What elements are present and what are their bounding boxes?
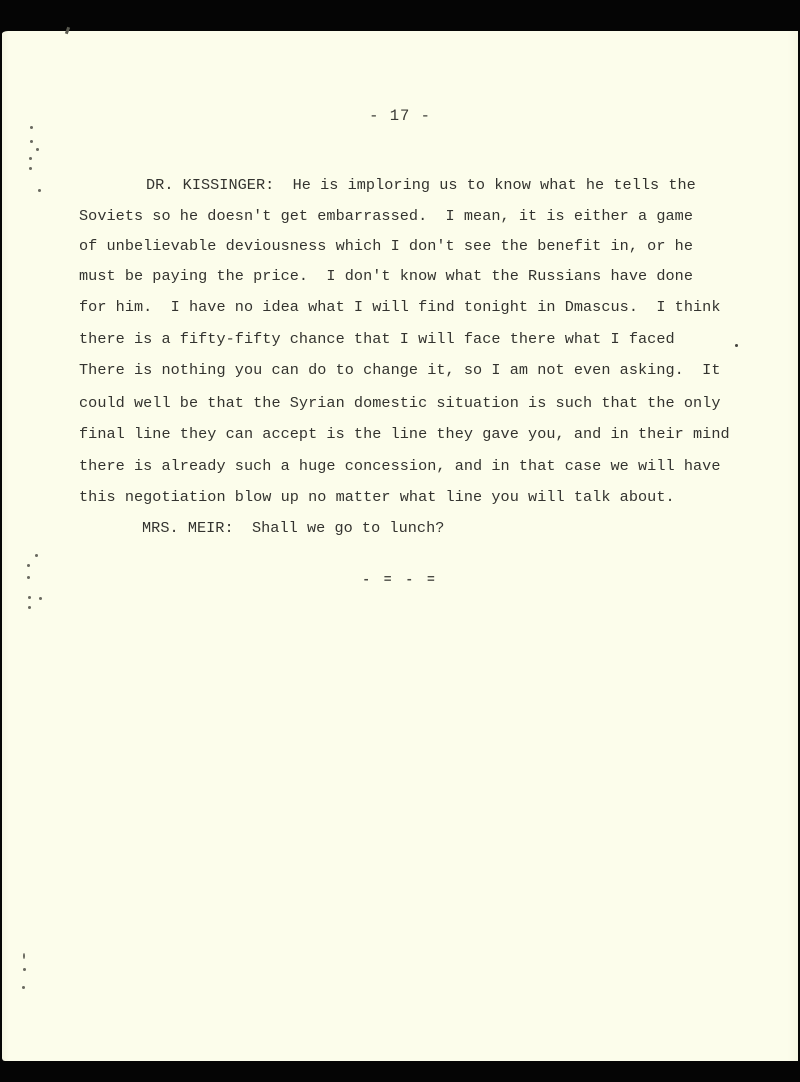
margin-speck bbox=[35, 554, 38, 557]
margin-speck bbox=[38, 189, 41, 192]
transcript-line: There is nothing you can do to change it… bbox=[79, 361, 720, 379]
transcript-line-speaker-meir: MRS. MEIR: Shall we go to lunch? bbox=[142, 519, 444, 537]
margin-speck bbox=[39, 597, 42, 600]
transcript-line: could well be that the Syrian domestic s… bbox=[79, 394, 720, 412]
margin-speck bbox=[36, 148, 39, 151]
margin-speck bbox=[27, 564, 30, 567]
end-of-section-mark: - = - = bbox=[0, 572, 800, 587]
stray-period-mark bbox=[735, 344, 738, 347]
margin-speck bbox=[29, 157, 32, 160]
margin-speck bbox=[23, 968, 26, 971]
page-number: - 17 - bbox=[0, 107, 800, 125]
transcript-line: this negotiation blow up no matter what … bbox=[79, 488, 675, 506]
transcript-line: for him. I have no idea what I will find… bbox=[79, 298, 720, 316]
margin-speck bbox=[28, 596, 31, 599]
transcript-line: there is already such a huge concession,… bbox=[79, 457, 720, 475]
transcript-line-speaker-kissinger: DR. KISSINGER: He is imploring us to kno… bbox=[146, 176, 696, 194]
transcript-line: must be paying the price. I don't know w… bbox=[79, 267, 693, 285]
margin-speck bbox=[22, 986, 25, 989]
margin-speck bbox=[30, 126, 33, 129]
scanned-document: - 17 - DR. KISSINGER: He is imploring us… bbox=[0, 0, 800, 1082]
margin-speck bbox=[23, 953, 25, 959]
margin-speck bbox=[30, 140, 33, 143]
transcript-line: there is a fifty-fifty chance that I wil… bbox=[79, 330, 675, 348]
transcript-line: Soviets so he doesn't get embarrassed. I… bbox=[79, 207, 693, 225]
margin-speck bbox=[29, 167, 32, 170]
margin-speck bbox=[27, 576, 30, 579]
transcript-line: final line they can accept is the line t… bbox=[79, 425, 730, 443]
transcript-line: of unbelievable deviousness which I don'… bbox=[79, 237, 693, 255]
margin-speck bbox=[28, 606, 31, 609]
